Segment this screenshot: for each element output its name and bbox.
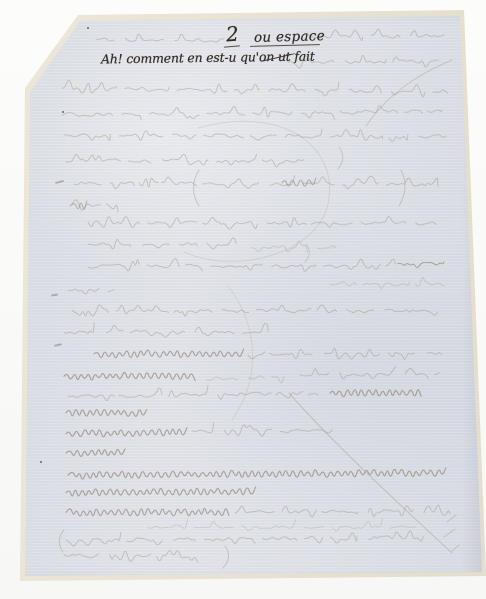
manuscript-page: 2 ou espace Ah! comment en est-u qu'on u… — [0, 0, 486, 599]
ink-speck — [62, 111, 65, 114]
pencil-dash — [54, 343, 62, 346]
ink-speck — [87, 27, 89, 29]
pencil-dash — [55, 180, 64, 184]
ink-speck — [40, 461, 42, 463]
inscription-line: Ah! comment en est-u qu'on ut fait — [101, 49, 315, 67]
pencil-dash — [51, 294, 58, 297]
page-number-annotation: 2 — [225, 22, 239, 47]
scan-background: 2 ou espace Ah! comment en est-u qu'on u… — [0, 0, 486, 599]
ink-flecks-layer — [0, 0, 486, 599]
